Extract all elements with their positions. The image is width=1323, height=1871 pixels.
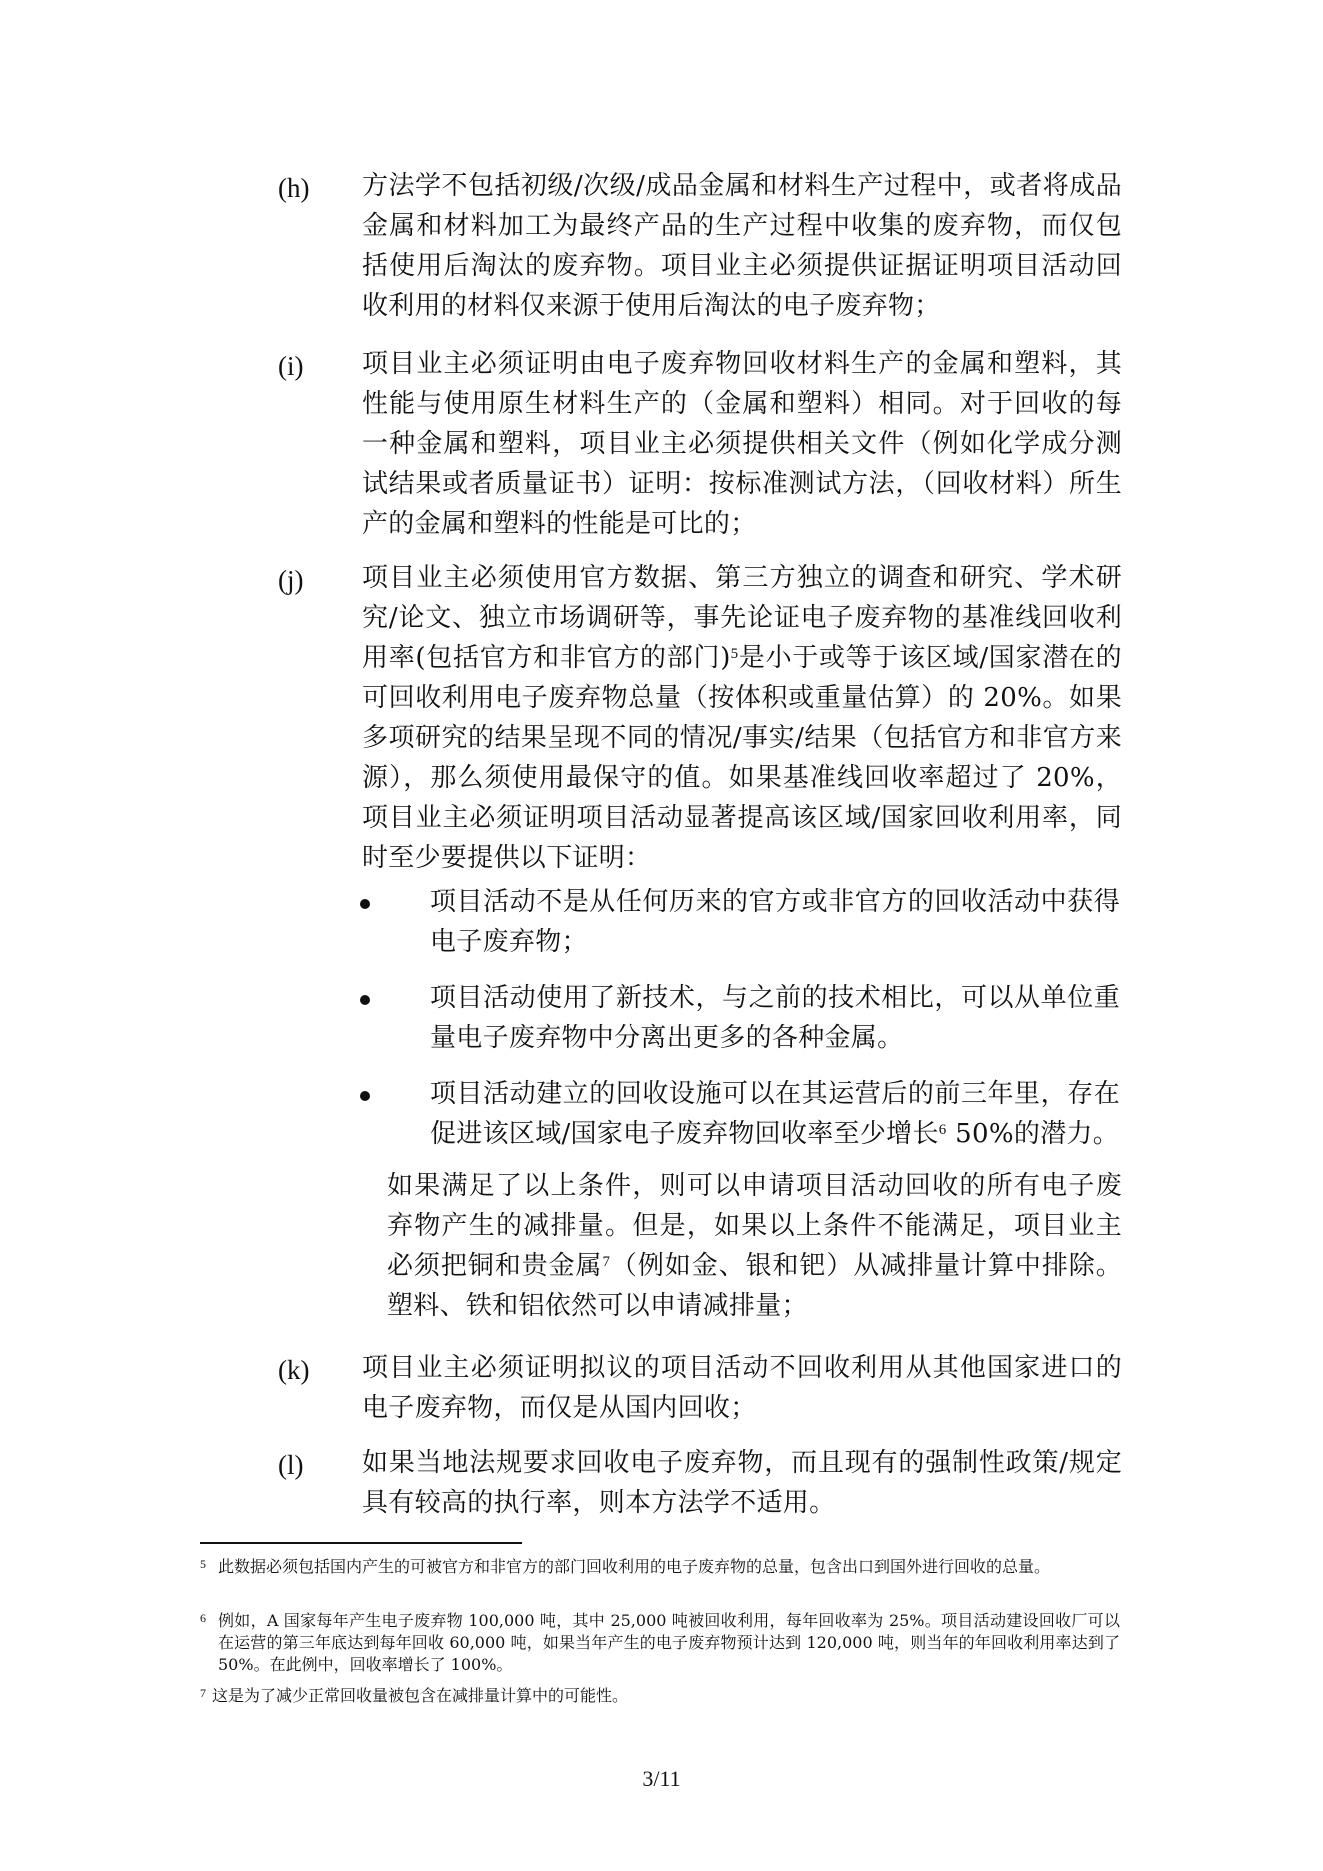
footnote-ref[interactable]: 5 bbox=[731, 646, 739, 662]
bullet-item: 项目活动建立的回收设施可以在其运营后的前三年里，存在促进该区域/国家电子废弃物回… bbox=[430, 1074, 1120, 1154]
footnote-ref[interactable]: 6 bbox=[939, 1122, 947, 1138]
clause-label: (i) bbox=[278, 346, 303, 386]
clause-text: 项目业主必须使用官方数据、第三方独立的调查和研究、学术研究/论文、独立市场调研等… bbox=[362, 558, 1122, 878]
clause-label: (k) bbox=[278, 1350, 309, 1390]
footnote-ref[interactable]: 7 bbox=[602, 1254, 610, 1270]
clause-text: 如果当地法规要求回收电子废弃物，而且现有的强制性政策/规定具有较高的执行率，则本… bbox=[362, 1443, 1122, 1523]
footnote-number: 6 bbox=[200, 1607, 206, 1629]
clause-label: (j) bbox=[278, 560, 303, 600]
footnote-6: 6 例如，A 国家每年产生电子废弃物 100,000 吨，其中 25,000 吨… bbox=[200, 1610, 1120, 1676]
clause-j-closing: 如果满足了以上条件，则可以申请项目活动回收的所有电子废弃物产生的减排量。但是，如… bbox=[387, 1166, 1122, 1326]
footnote-text: 这是为了减少正常回收量被包含在减排量计算中的可能性。 bbox=[212, 1685, 1120, 1707]
bullet-icon bbox=[360, 1091, 370, 1101]
bullet-text-part: 50%的潜力。 bbox=[947, 1119, 1119, 1149]
bullet-item: 项目活动使用了新技术，与之前的技术相比，可以从单位重量电子废弃物中分离出更多的各… bbox=[430, 978, 1120, 1058]
clause-label: (h) bbox=[278, 168, 309, 208]
bullet-item: 项目活动不是从任何历来的官方或非官方的回收活动中获得电子废弃物； bbox=[430, 882, 1120, 962]
footnote-separator bbox=[200, 1542, 522, 1544]
footnote-text: 例如，A 国家每年产生电子废弃物 100,000 吨，其中 25,000 吨被回… bbox=[218, 1610, 1120, 1676]
footnote-number: 7 bbox=[200, 1682, 206, 1704]
footnote-text: 此数据必须包括国内产生的可被官方和非官方的部门回收利用的电子废弃物的总量，包含出… bbox=[218, 1556, 1120, 1578]
bullet-icon bbox=[360, 899, 370, 909]
page-number: 3/11 bbox=[0, 1766, 1323, 1792]
footnote-number: 5 bbox=[200, 1553, 206, 1575]
clause-label: (l) bbox=[278, 1445, 303, 1485]
clause-text: 项目业主必须证明由电子废弃物回收材料生产的金属和塑料，其性能与使用原生材料生产的… bbox=[362, 344, 1122, 544]
clause-text-part: 是小于或等于该区域/国家潜在的可回收利用电子废弃物总量（按体积或重量估算）的 2… bbox=[362, 643, 1122, 873]
bullet-icon bbox=[360, 995, 370, 1005]
clause-text: 项目业主必须证明拟议的项目活动不回收利用从其他国家进口的电子废弃物，而仅是从国内… bbox=[362, 1348, 1122, 1428]
footnote-5: 5 此数据必须包括国内产生的可被官方和非官方的部门回收利用的电子废弃物的总量，包… bbox=[200, 1556, 1120, 1578]
clause-text: 方法学不包括初级/次级/成品金属和材料生产过程中，或者将成品金属和材料加工为最终… bbox=[362, 166, 1122, 326]
footnote-7: 7 这是为了减少正常回收量被包含在减排量计算中的可能性。 bbox=[200, 1685, 1120, 1707]
